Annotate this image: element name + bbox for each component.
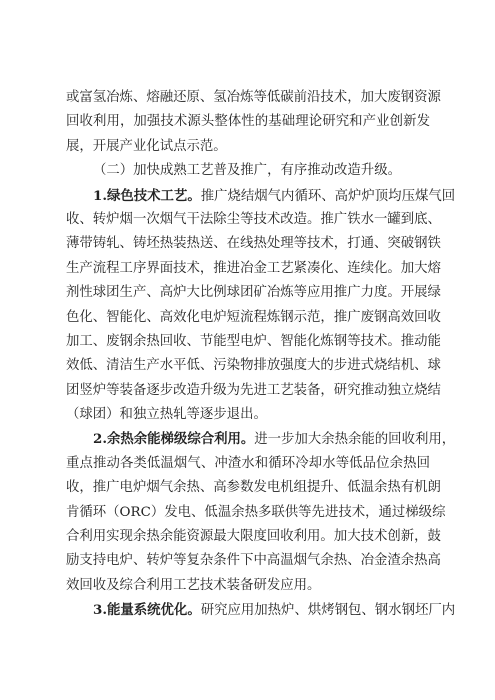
text-line: 效低、清洁生产水平低、污染物排放强度大的步进式烧结机、球 xyxy=(66,354,430,378)
text-line: 1.绿色技术工艺。推广烧结烟气内循环、高炉炉顶均压煤气回 xyxy=(66,184,430,208)
paragraph-lead-title: 2.余热余能梯级综合利用。 xyxy=(93,431,254,447)
text-line: 加工、废钢余热回收、节能型电炉、智能化炼钢等技术。推动能 xyxy=(66,330,430,354)
paragraph-waste-heat: 2.余热余能梯级综合利用。进一步加大余热余能的回收利用， 重点推动各类低温烟气、… xyxy=(66,427,430,598)
paragraph-green-tech: 1.绿色技术工艺。推广烧结烟气内循环、高炉炉顶均压煤气回 收、转炉烟一次烟气干法… xyxy=(66,184,430,428)
text-line: 重点推动各类低温烟气、冲渣水和循环冷却水等低品位余热回 xyxy=(66,452,430,476)
text-line: 收、转炉烟一次烟气干法除尘等技术改造。推广铁水一罐到底、 xyxy=(66,208,430,232)
document-page: 或富氢冶炼、熔融还原、氢冶炼等低碳前沿技术，加大废钢资源 回收利用，加强技术源头… xyxy=(66,86,430,623)
text-line: 团竖炉等装备逐步改造升级为先进工艺装备，研究推动独立烧结 xyxy=(66,379,430,403)
text-line: 励支持电炉、转炉等复杂条件下中高温烟气余热、冶金渣余热高 xyxy=(66,549,430,573)
text-line: 3.能量系统优化。研究应用加热炉、烘烤钢包、钢水钢坯厂内 xyxy=(66,598,430,622)
section-heading: （二）加快成熟工艺普及推广，有序推动改造升级。 xyxy=(66,159,430,183)
text-line: 效回收及综合利用工艺技术装备研发应用。 xyxy=(66,574,430,598)
paragraph-lead-title: 1.绿色技术工艺。 xyxy=(93,188,201,204)
text-line: 生产流程工序界面技术，推进冶金工艺紧凑化、连续化。加大熔 xyxy=(66,257,430,281)
section-heading-text: （二）加快成熟工艺普及推广，有序推动改造升级。 xyxy=(66,159,430,183)
text-line: 2.余热余能梯级综合利用。进一步加大余热余能的回收利用， xyxy=(66,427,430,451)
text-line: 色化、智能化、高效化电炉短流程炼钢示范，推广废钢高效回收 xyxy=(66,306,430,330)
text-line: 肯循环（ORC）发电、低温余热多联供等先进技术，通过梯级综 xyxy=(66,501,430,525)
text-line: 收，推广电炉烟气余热、高参数发电机组提升、低温余热有机朗 xyxy=(66,476,430,500)
text-line: 剂性球团生产、高炉大比例球团矿冶炼等应用推广力度。开展绿 xyxy=(66,281,430,305)
paragraph-lead-title: 3.能量系统优化。 xyxy=(93,602,201,618)
text-line: （球团）和独立热轧等逐步退出。 xyxy=(66,403,430,427)
text-line: 或富氢冶炼、熔融还原、氢冶炼等低碳前沿技术，加大废钢资源 xyxy=(66,86,430,110)
text-line: 合利用实现余热余能资源最大限度回收利用。加大技术创新，鼓 xyxy=(66,525,430,549)
paragraph-energy-system: 3.能量系统优化。研究应用加热炉、烘烤钢包、钢水钢坯厂内 xyxy=(66,598,430,622)
text-line: 展，开展产业化试点示范。 xyxy=(66,135,430,159)
paragraph-continuation: 或富氢冶炼、熔融还原、氢冶炼等低碳前沿技术，加大废钢资源 回收利用，加强技术源头… xyxy=(66,86,430,159)
text-line: 回收利用，加强技术源头整体性的基础理论研究和产业创新发 xyxy=(66,110,430,134)
text-line: 薄带铸轧、铸坯热装热送、在线热处理等技术，打通、突破钢铁 xyxy=(66,232,430,256)
